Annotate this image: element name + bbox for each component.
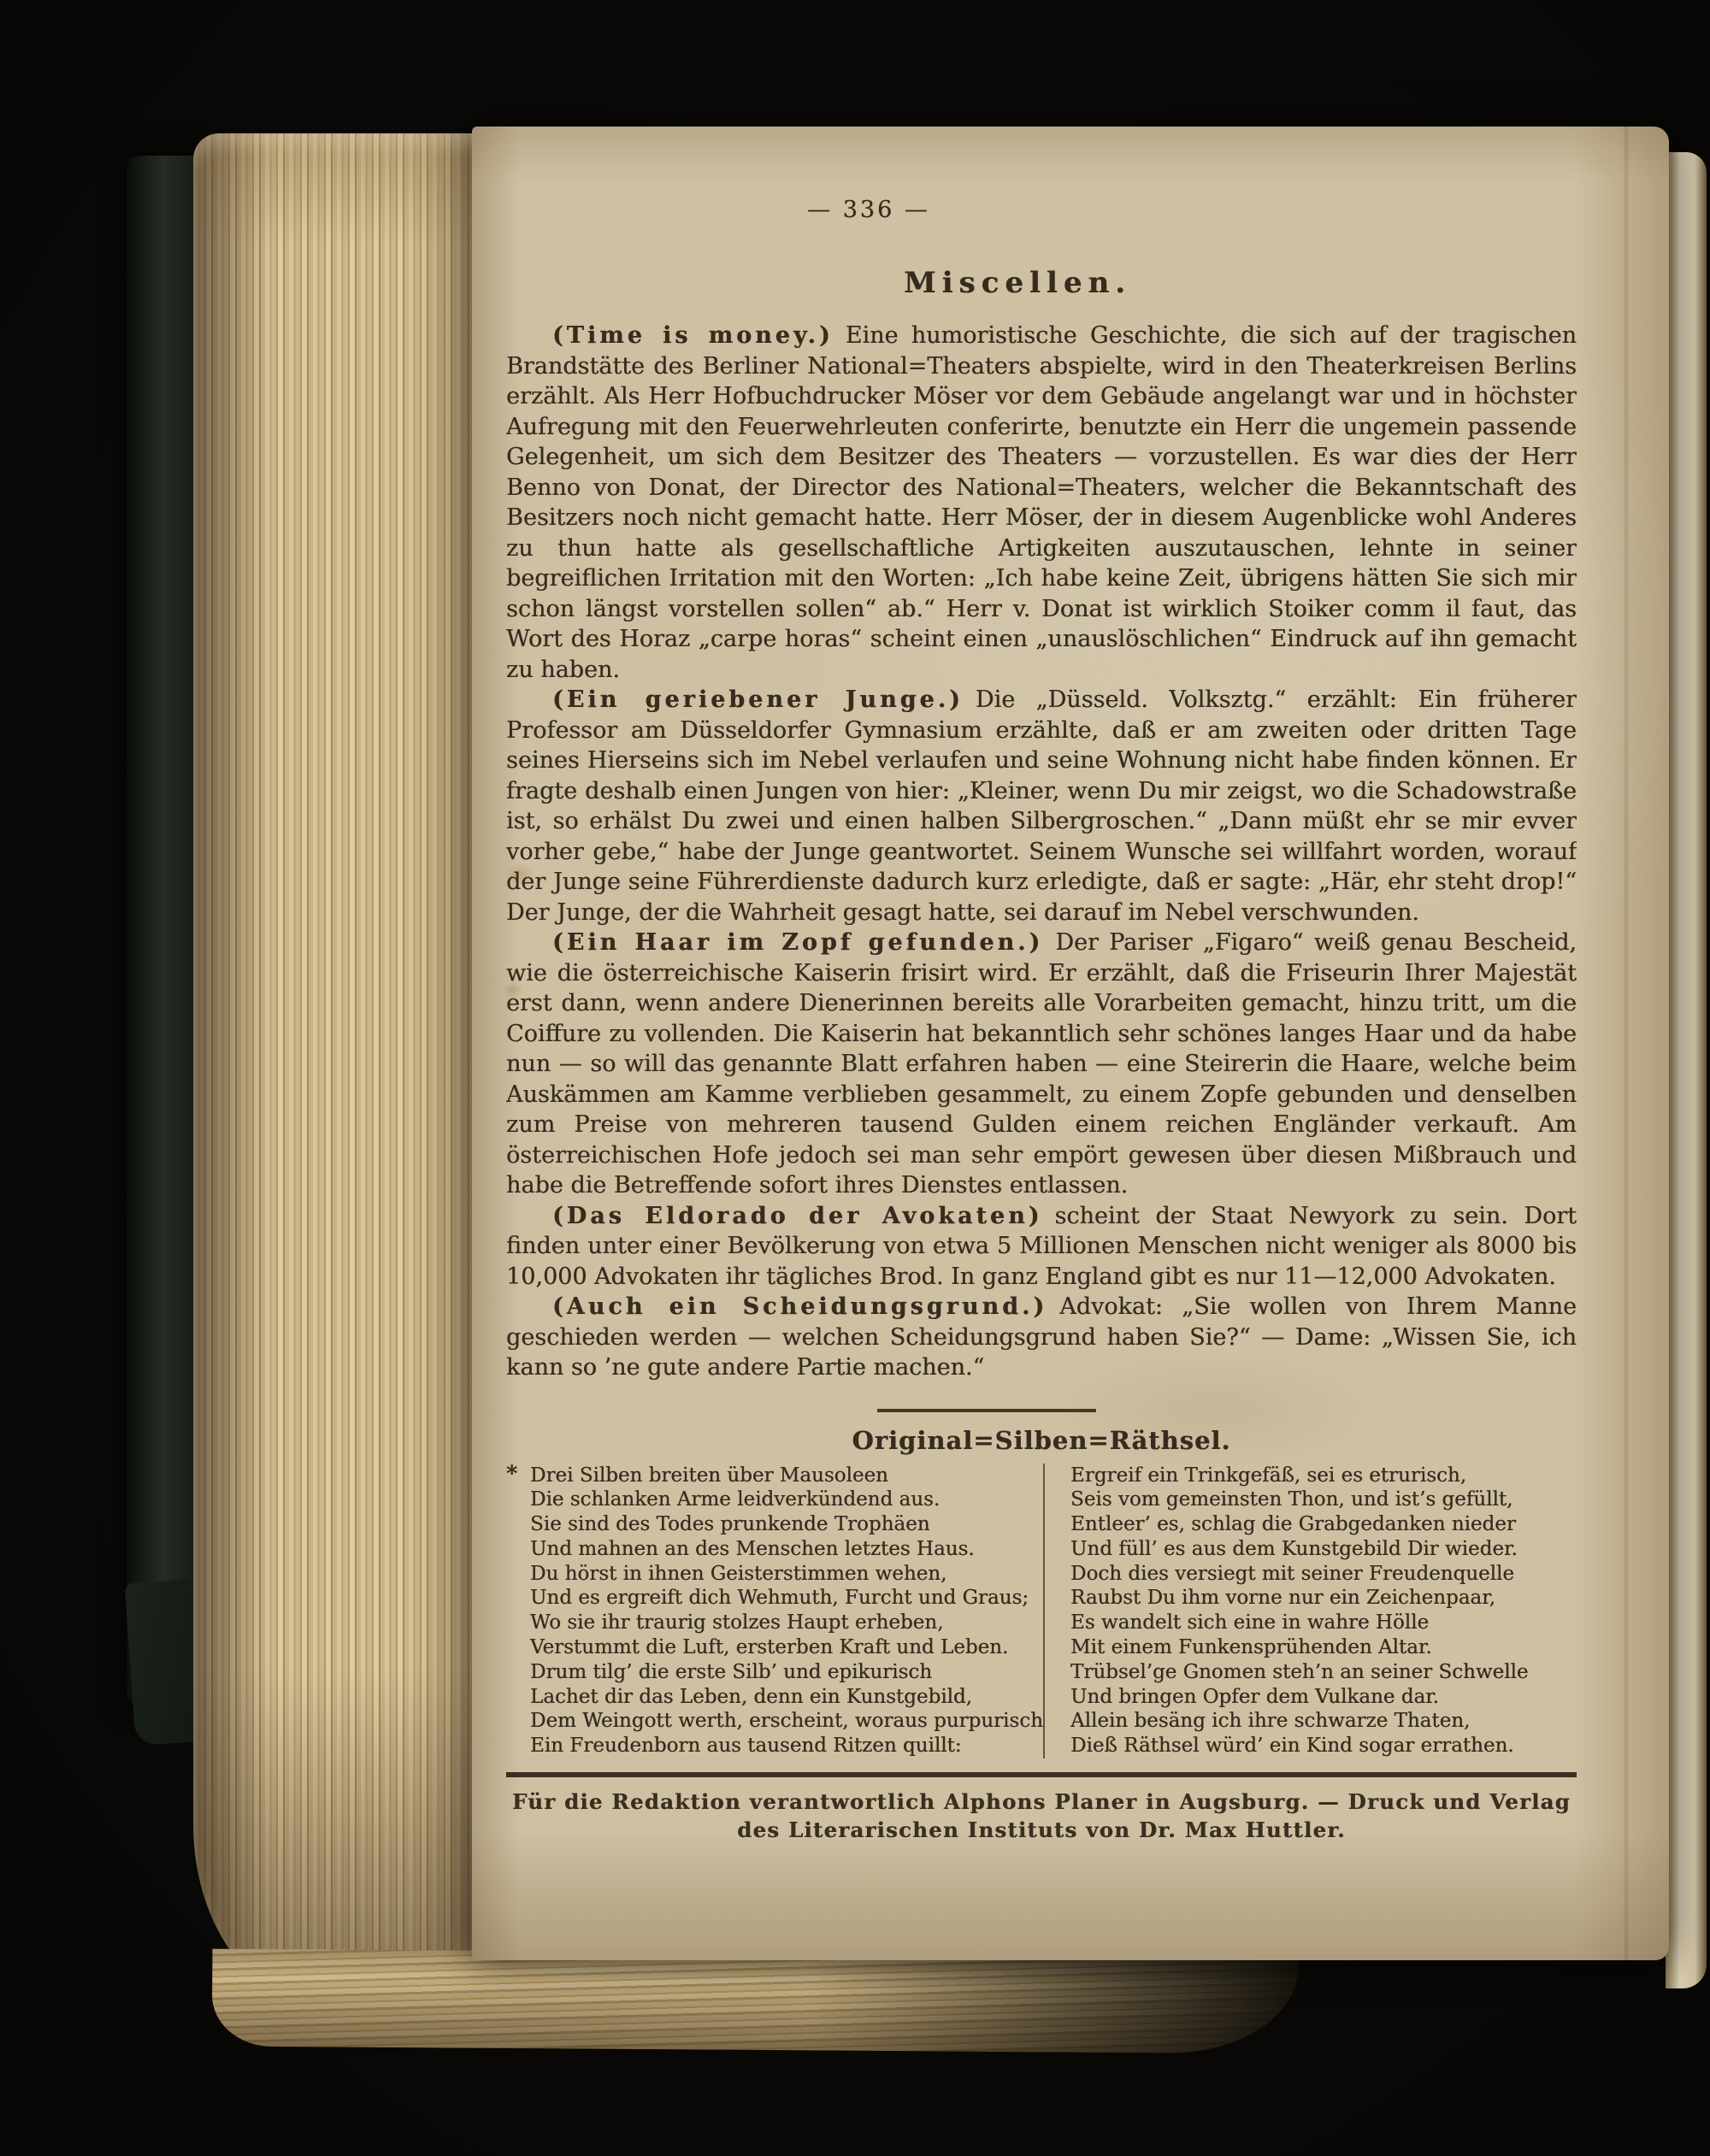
opposite-page-edge	[1666, 152, 1707, 1988]
section-title: Miscellen.	[506, 266, 1553, 300]
article-title: (Ein geriebener Junge.)	[552, 686, 964, 713]
articles: (Time is money.)Eine humoristische Gesch…	[506, 321, 1577, 1383]
article-time-is-money: (Time is money.)Eine humoristische Gesch…	[506, 321, 1577, 685]
section-divider-rule	[877, 1409, 1096, 1412]
article-title: (Time is money.)	[552, 322, 834, 349]
article-haar-im-zopf: (Ein Haar im Zopf gefunden.)Der Pariser …	[506, 928, 1577, 1201]
article-geriebener-junge: (Ein geriebener Junge.)Die „Düsseld. Vol…	[506, 685, 1577, 928]
riddle-columns: * Drei Silben breiten über MausoleenDie …	[506, 1464, 1577, 1759]
article-title: (Das Eldorado der Avokaten)	[552, 1203, 1043, 1229]
page-edge-stack-bottom	[212, 1949, 1299, 2054]
article-eldorado-der-avokaten: (Das Eldorado der Avokaten)scheint der S…	[506, 1201, 1577, 1293]
riddle-left-column: * Drei Silben breiten über MausoleenDie …	[506, 1464, 1043, 1759]
riddle-left-verse: Drei Silben breiten über MausoleenDie sc…	[530, 1464, 1043, 1759]
article-body: Die „Düsseld. Volksztg.“ erzählt: Ein fr…	[506, 686, 1577, 926]
riddle-right-verse: Ergreif ein Trinkgefäß, sei es etrurisch…	[1070, 1464, 1577, 1759]
scanned-book-photo: — 336 — Miscellen. (Time is money.)Eine …	[0, 0, 1710, 2156]
article-body: Der Pariser „Figaro“ weiß genau Bescheid…	[506, 929, 1577, 1199]
imprint-line: Für die Redaktion verantwortlich Alphons…	[511, 1788, 1571, 1844]
article-title: (Ein Haar im Zopf gefunden.)	[552, 929, 1043, 956]
page-number: — 336 —	[807, 197, 930, 223]
riddle-right-column: Ergreif ein Trinkgefäß, sei es etrurisch…	[1043, 1464, 1577, 1759]
riddle-title: Original=Silben=Räthsel.	[506, 1426, 1577, 1455]
article-scheidungsgrund: (Auch ein Scheidungsgrund.)Advokat: „Sie…	[506, 1292, 1577, 1383]
article-body: Eine humoristische Geschichte, die sich …	[506, 322, 1577, 683]
book-page: — 336 — Miscellen. (Time is money.)Eine …	[472, 127, 1669, 1960]
page-text-column: — 336 — Miscellen. (Time is money.)Eine …	[506, 127, 1577, 1960]
footnote-marker: *	[506, 1462, 517, 1487]
page-edge-stack-left	[193, 133, 491, 2004]
article-title: (Auch ein Scheidungsgrund.)	[552, 1293, 1047, 1320]
footer-rule	[506, 1772, 1577, 1777]
